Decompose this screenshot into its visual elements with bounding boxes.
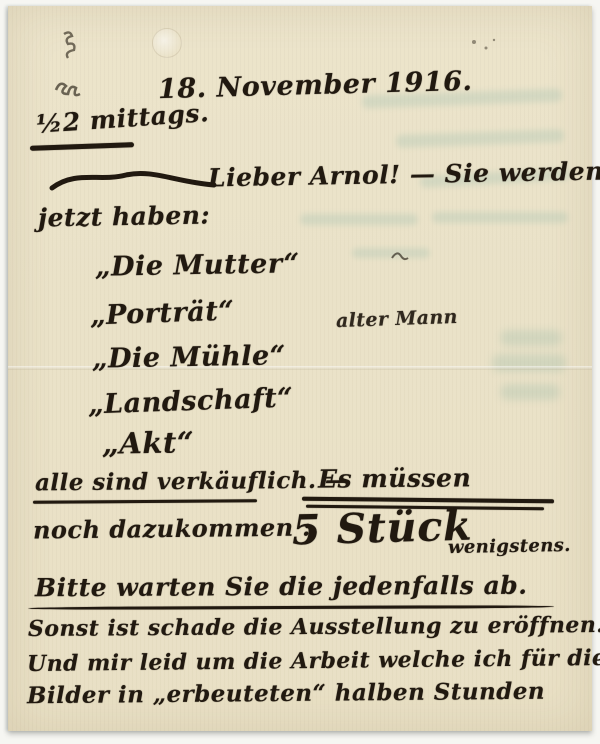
artwork-annotation-alter-mann: alter Mann	[336, 306, 458, 332]
addendum-count: 5 Stück	[291, 502, 472, 555]
show-through-stamp	[500, 330, 562, 346]
stray-mark-icon	[390, 250, 410, 262]
salutation-continuation: jetzt haben:	[38, 201, 211, 233]
request-line: Bitte warten Sie die jedenfalls ab.	[35, 571, 528, 603]
artwork-item-akt: „Akt“	[102, 425, 195, 461]
speck-icon	[468, 36, 498, 58]
flourish-icon	[48, 166, 220, 194]
closing-line-3: Bilder in „erbeuteten“ halben Stunden	[27, 678, 545, 710]
ink-speck	[468, 36, 498, 58]
closing-line-1: Sonst ist schade die Ausstellung zu eröf…	[28, 612, 600, 642]
addendum-tail: wenigstens.	[448, 535, 571, 558]
paper-hole	[152, 28, 182, 58]
artwork-item-portraet: „Porträt“	[90, 295, 235, 331]
stray-ink-mark	[390, 250, 410, 262]
show-through-stamp	[500, 384, 560, 400]
addendum-lead: noch dazukommen :	[33, 513, 312, 545]
show-through-ghost	[432, 212, 568, 223]
sales-line-part2: Es müssen	[318, 463, 471, 493]
pen-flourish	[48, 166, 220, 194]
letter-scan: 18. November 1916. ½2 mittags. Lieber Ar…	[0, 0, 600, 744]
artwork-item-die-mutter: „Die Mutter“	[95, 248, 300, 283]
artwork-item-die-muehle: „Die Mühle“	[92, 340, 286, 374]
sales-line-part1: alle sind verkäuflich. —	[35, 467, 349, 497]
show-through-ghost	[300, 214, 418, 225]
